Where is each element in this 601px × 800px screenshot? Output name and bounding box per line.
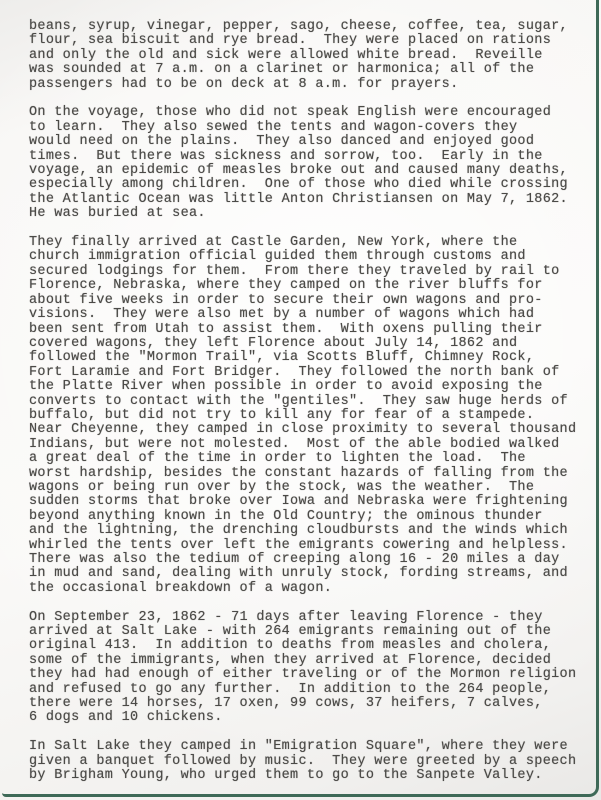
paragraph: They finally arrived at Castle Garden, N… [29, 236, 583, 596]
paragraph: On September 23, 1862 - 71 days after le… [29, 611, 583, 726]
paragraph: On the voyage, those who did not speak E… [29, 106, 583, 221]
paragraph: beans, syrup, vinegar, pepper, sago, che… [29, 20, 583, 92]
scanned-page: beans, syrup, vinegar, pepper, sago, che… [0, 0, 601, 800]
document-body: beans, syrup, vinegar, pepper, sago, che… [29, 20, 583, 783]
paragraph: In Salt Lake they camped in "Emigration … [29, 740, 583, 783]
screenshot-viewport: beans, syrup, vinegar, pepper, sago, che… [0, 0, 601, 800]
